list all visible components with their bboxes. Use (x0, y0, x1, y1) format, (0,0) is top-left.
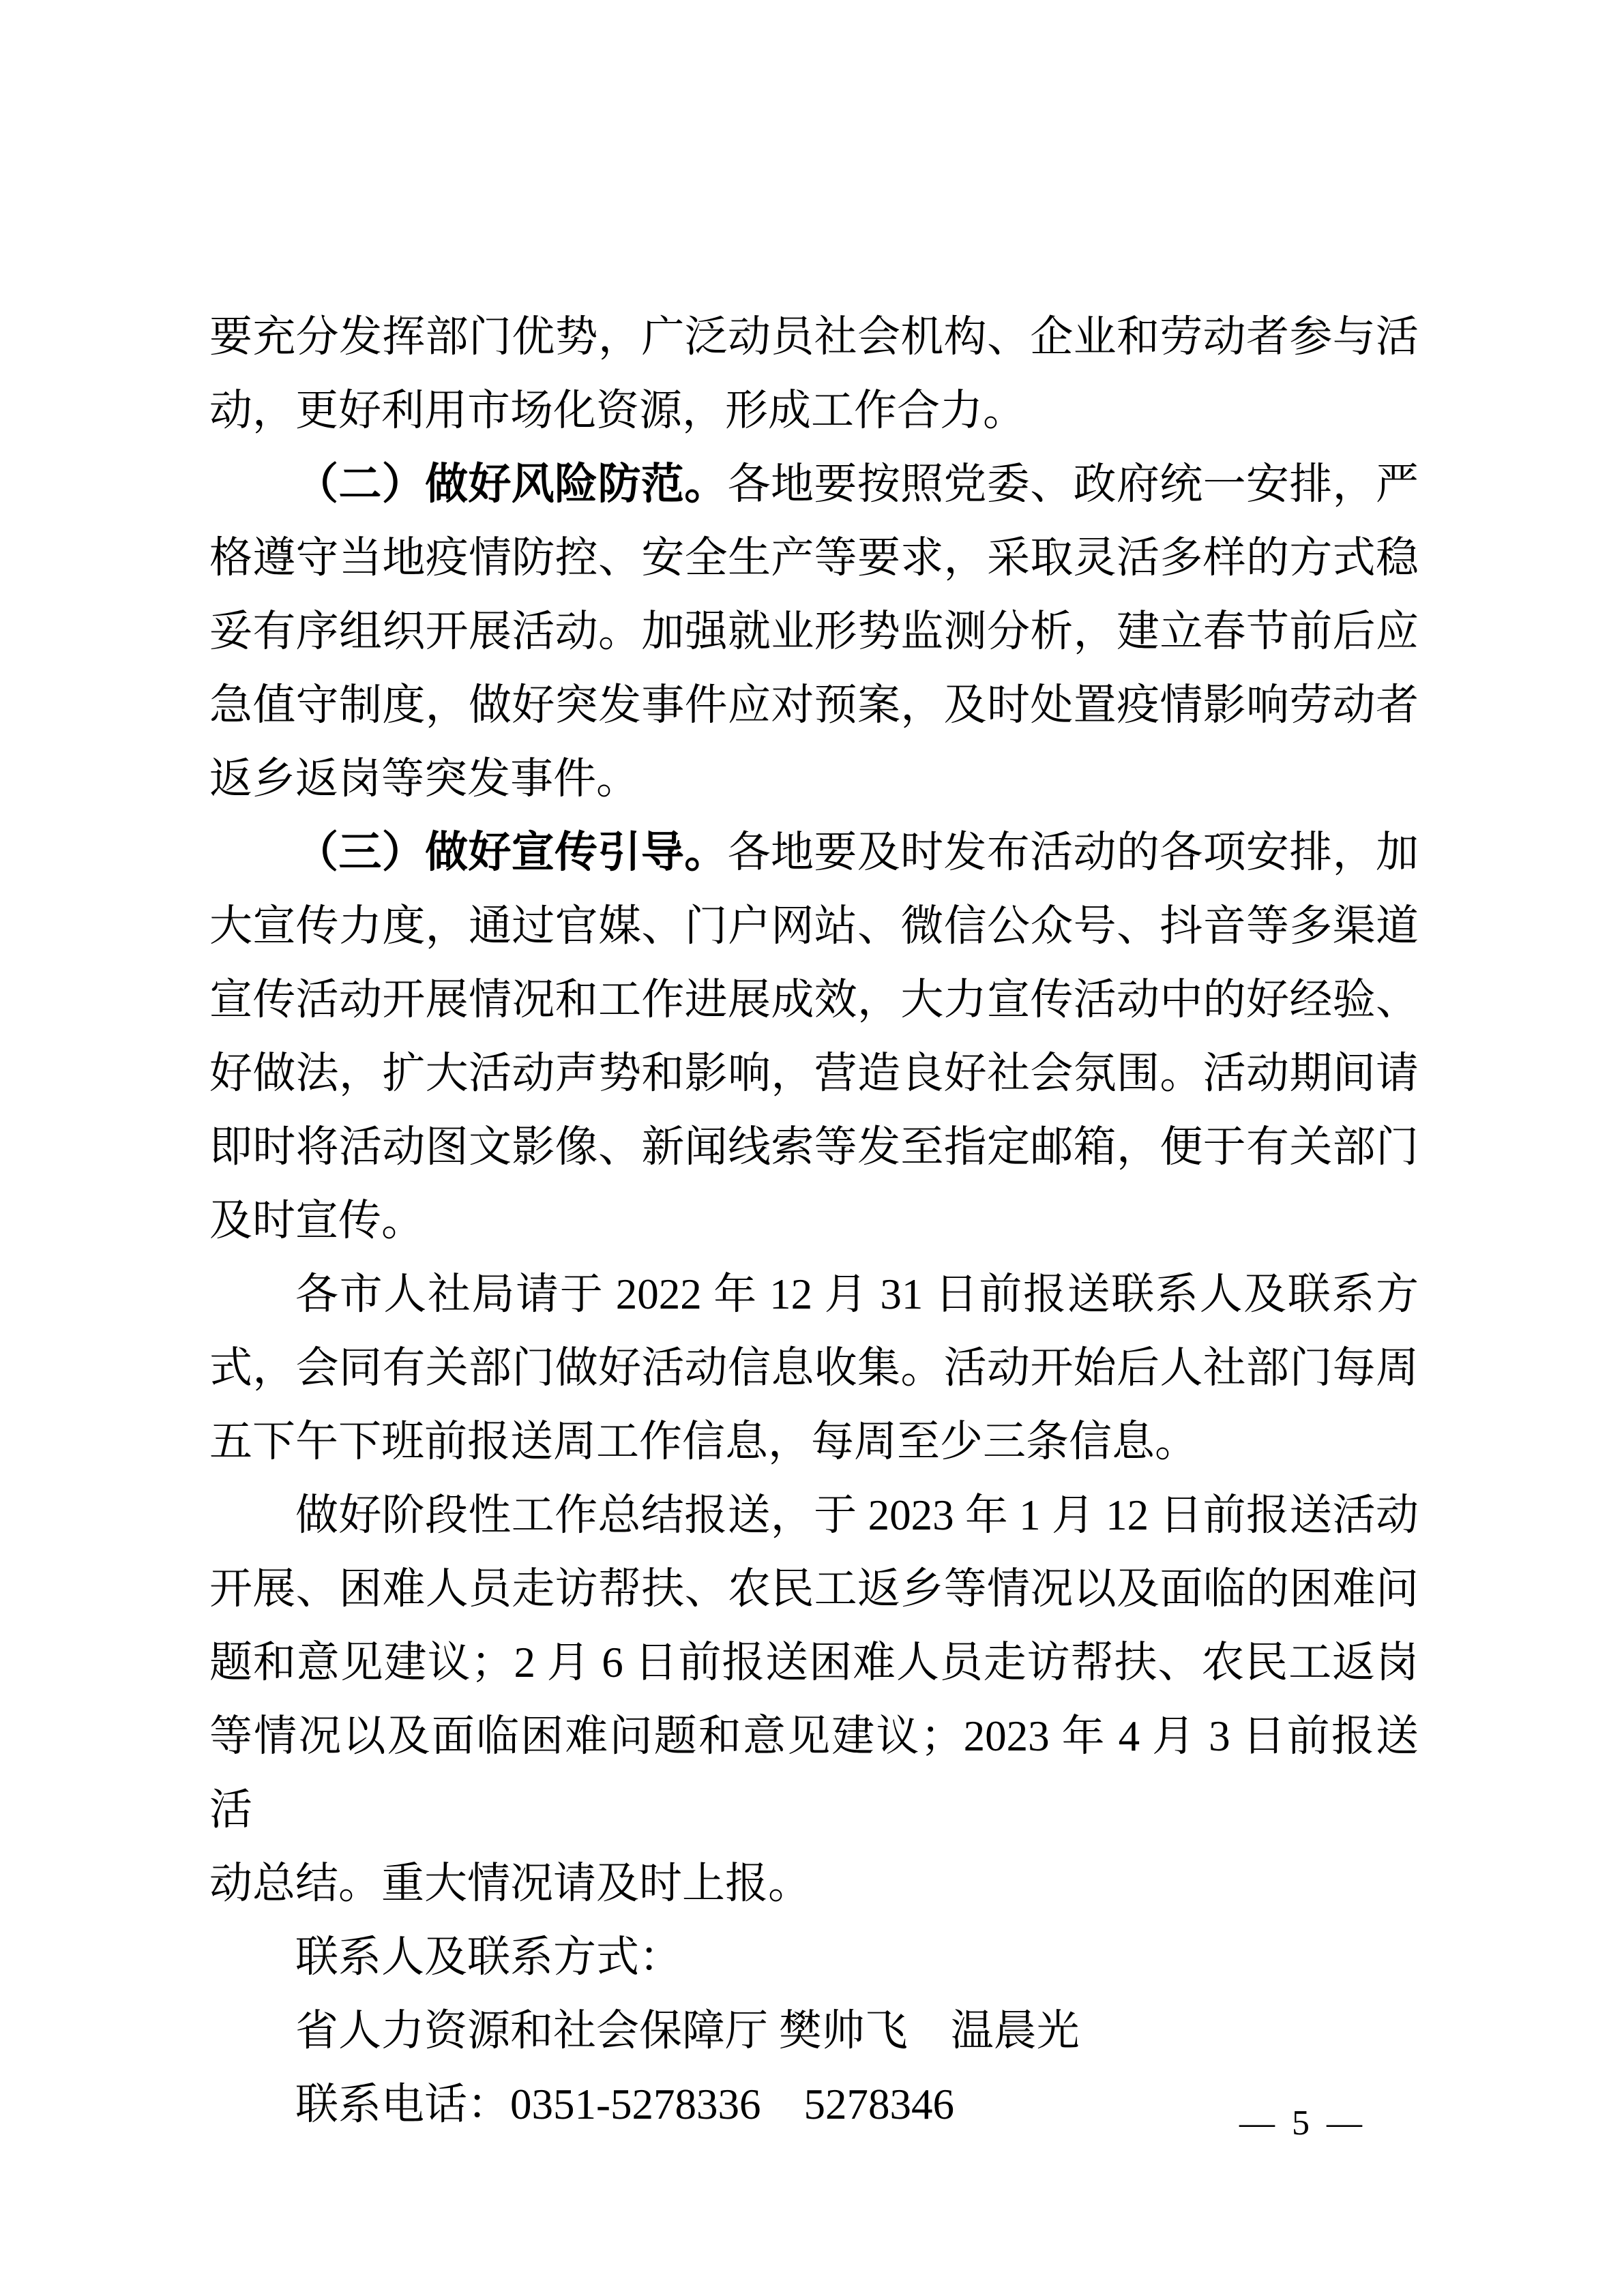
text-segment: 动，更好利用市场化资源，形成工作合力。 (209, 387, 1026, 434)
document-body: 要充分发挥部门优势，广泛动员社会机构、企业和劳动者参与活动，更好利用市场化资源，… (209, 300, 1419, 2141)
text-line: 大宣传力度，通过官媒、门户网站、微信公众号、抖音等多渠道 (209, 889, 1419, 963)
text-segment: 返乡返岗等突发事件。 (209, 755, 639, 803)
text-line: 动，更好利用市场化资源，形成工作合力。 (209, 374, 1419, 447)
text-line: 即时将活动图文影像、新闻线索等发至指定邮箱，便于有关部门 (209, 1110, 1419, 1184)
text-segment: 及时宣传。 (209, 1197, 424, 1244)
text-segment: 各地要及时发布活动的各项安排，加 (728, 829, 1419, 876)
text-line: 要充分发挥部门优势，广泛动员社会机构、企业和劳动者参与活 (209, 300, 1419, 374)
paragraph: 联系人及联系方式： (209, 1920, 1419, 1994)
text-segment: 联系电话：0351-5278336 5278346 (295, 2081, 954, 2128)
text-segment: 各地要按照党委、政府统一安排，严 (728, 460, 1419, 508)
text-segment: 好做法，扩大活动声势和影响，营造良好社会氛围。活动期间请 (209, 1049, 1419, 1097)
text-line: 急值守制度，做好突发事件应对预案，及时处置疫情影响劳动者 (209, 668, 1419, 742)
text-segment: 格遵守当地疫情防控、安全生产等要求，采取灵活多样的方式稳 (209, 534, 1419, 582)
paragraph: （二）做好风险防范。各地要按照党委、政府统一安排，严格遵守当地疫情防控、安全生产… (209, 447, 1419, 816)
text-segment: 做好阶段性工作总结报送，于 2023 年 1 月 12 日前报送活动 (295, 1491, 1419, 1539)
bold-heading-segment: （二）做好风险防范。 (295, 460, 728, 508)
text-segment: 妥有序组织开展活动。加强就业形势监测分析，建立春节前后应 (209, 608, 1419, 655)
text-line: 式，会同有关部门做好活动信息收集。活动开始后人社部门每周 (209, 1331, 1419, 1405)
text-line: 及时宣传。 (209, 1184, 1419, 1257)
text-line: 格遵守当地疫情防控、安全生产等要求，采取灵活多样的方式稳 (209, 521, 1419, 595)
text-segment: 省人力资源和社会保障厅 樊帅飞 温晨光 (295, 2007, 1080, 2055)
text-segment: 动总结。重大情况请及时上报。 (209, 1860, 811, 1907)
text-line: 五下午下班前报送周工作信息，每周至少三条信息。 (209, 1405, 1419, 1478)
text-segment: 式，会同有关部门做好活动信息收集。活动开始后人社部门每周 (209, 1344, 1419, 1392)
text-segment: 急值守制度，做好突发事件应对预案，及时处置疫情影响劳动者 (209, 681, 1419, 729)
paragraph: 做好阶段性工作总结报送，于 2023 年 1 月 12 日前报送活动开展、困难人… (209, 1478, 1419, 1920)
text-segment: 开展、困难人员走访帮扶、农民工返乡等情况以及面临的困难问 (209, 1565, 1419, 1613)
text-line: 省人力资源和社会保障厅 樊帅飞 温晨光 (209, 1994, 1419, 2068)
text-segment: 等情况以及面临困难问题和意见建议；2023 年 4 月 3 日前报送活 (209, 1712, 1419, 1834)
text-line: （三）做好宣传引导。各地要及时发布活动的各项安排，加 (209, 816, 1419, 889)
text-line: 联系电话：0351-5278336 5278346 (209, 2068, 1419, 2141)
document-page: 要充分发挥部门优势，广泛动员社会机构、企业和劳动者参与活动，更好利用市场化资源，… (0, 0, 1624, 2296)
bold-heading-segment: （三）做好宣传引导。 (295, 829, 728, 876)
text-line: 动总结。重大情况请及时上报。 (209, 1847, 1419, 1920)
text-line: （二）做好风险防范。各地要按照党委、政府统一安排，严 (209, 447, 1419, 521)
text-line: 题和意见建议；2 月 6 日前报送困难人员走访帮扶、农民工返岗 (209, 1626, 1419, 1699)
paragraph: （三）做好宣传引导。各地要及时发布活动的各项安排，加大宣传力度，通过官媒、门户网… (209, 816, 1419, 1257)
text-line: 做好阶段性工作总结报送，于 2023 年 1 月 12 日前报送活动 (209, 1478, 1419, 1552)
text-line: 妥有序组织开展活动。加强就业形势监测分析，建立春节前后应 (209, 595, 1419, 668)
paragraph: 各市人社局请于 2022 年 12 月 31 日前报送联系人及联系方式，会同有关… (209, 1257, 1419, 1478)
paragraph: 要充分发挥部门优势，广泛动员社会机构、企业和劳动者参与活动，更好利用市场化资源，… (209, 300, 1419, 447)
text-segment: 各市人社局请于 2022 年 12 月 31 日前报送联系人及联系方 (295, 1270, 1419, 1318)
text-line: 各市人社局请于 2022 年 12 月 31 日前报送联系人及联系方 (209, 1257, 1419, 1331)
text-line: 返乡返岗等突发事件。 (209, 742, 1419, 816)
text-segment: 大宣传力度，通过官媒、门户网站、微信公众号、抖音等多渠道 (209, 902, 1419, 950)
text-segment: 联系人及联系方式： (295, 1933, 682, 1981)
text-segment: 五下午下班前报送周工作信息，每周至少三条信息。 (209, 1418, 1198, 1465)
page-number: — 5 — (1239, 2104, 1366, 2143)
text-line: 联系人及联系方式： (209, 1920, 1419, 1994)
text-segment: 即时将活动图文影像、新闻线索等发至指定邮箱，便于有关部门 (209, 1123, 1419, 1171)
text-segment: 宣传活动开展情况和工作进展成效，大力宣传活动中的好经验、 (209, 976, 1419, 1024)
text-line: 等情况以及面临困难问题和意见建议；2023 年 4 月 3 日前报送活 (209, 1699, 1419, 1847)
text-segment: 题和意见建议；2 月 6 日前报送困难人员走访帮扶、农民工返岗 (209, 1639, 1419, 1686)
text-segment: 要充分发挥部门优势，广泛动员社会机构、企业和劳动者参与活 (209, 313, 1419, 361)
paragraph: 联系电话：0351-5278336 5278346 (209, 2068, 1419, 2141)
text-line: 好做法，扩大活动声势和影响，营造良好社会氛围。活动期间请 (209, 1037, 1419, 1110)
paragraph: 省人力资源和社会保障厅 樊帅飞 温晨光 (209, 1994, 1419, 2068)
text-line: 宣传活动开展情况和工作进展成效，大力宣传活动中的好经验、 (209, 963, 1419, 1037)
text-line: 开展、困难人员走访帮扶、农民工返乡等情况以及面临的困难问 (209, 1552, 1419, 1626)
